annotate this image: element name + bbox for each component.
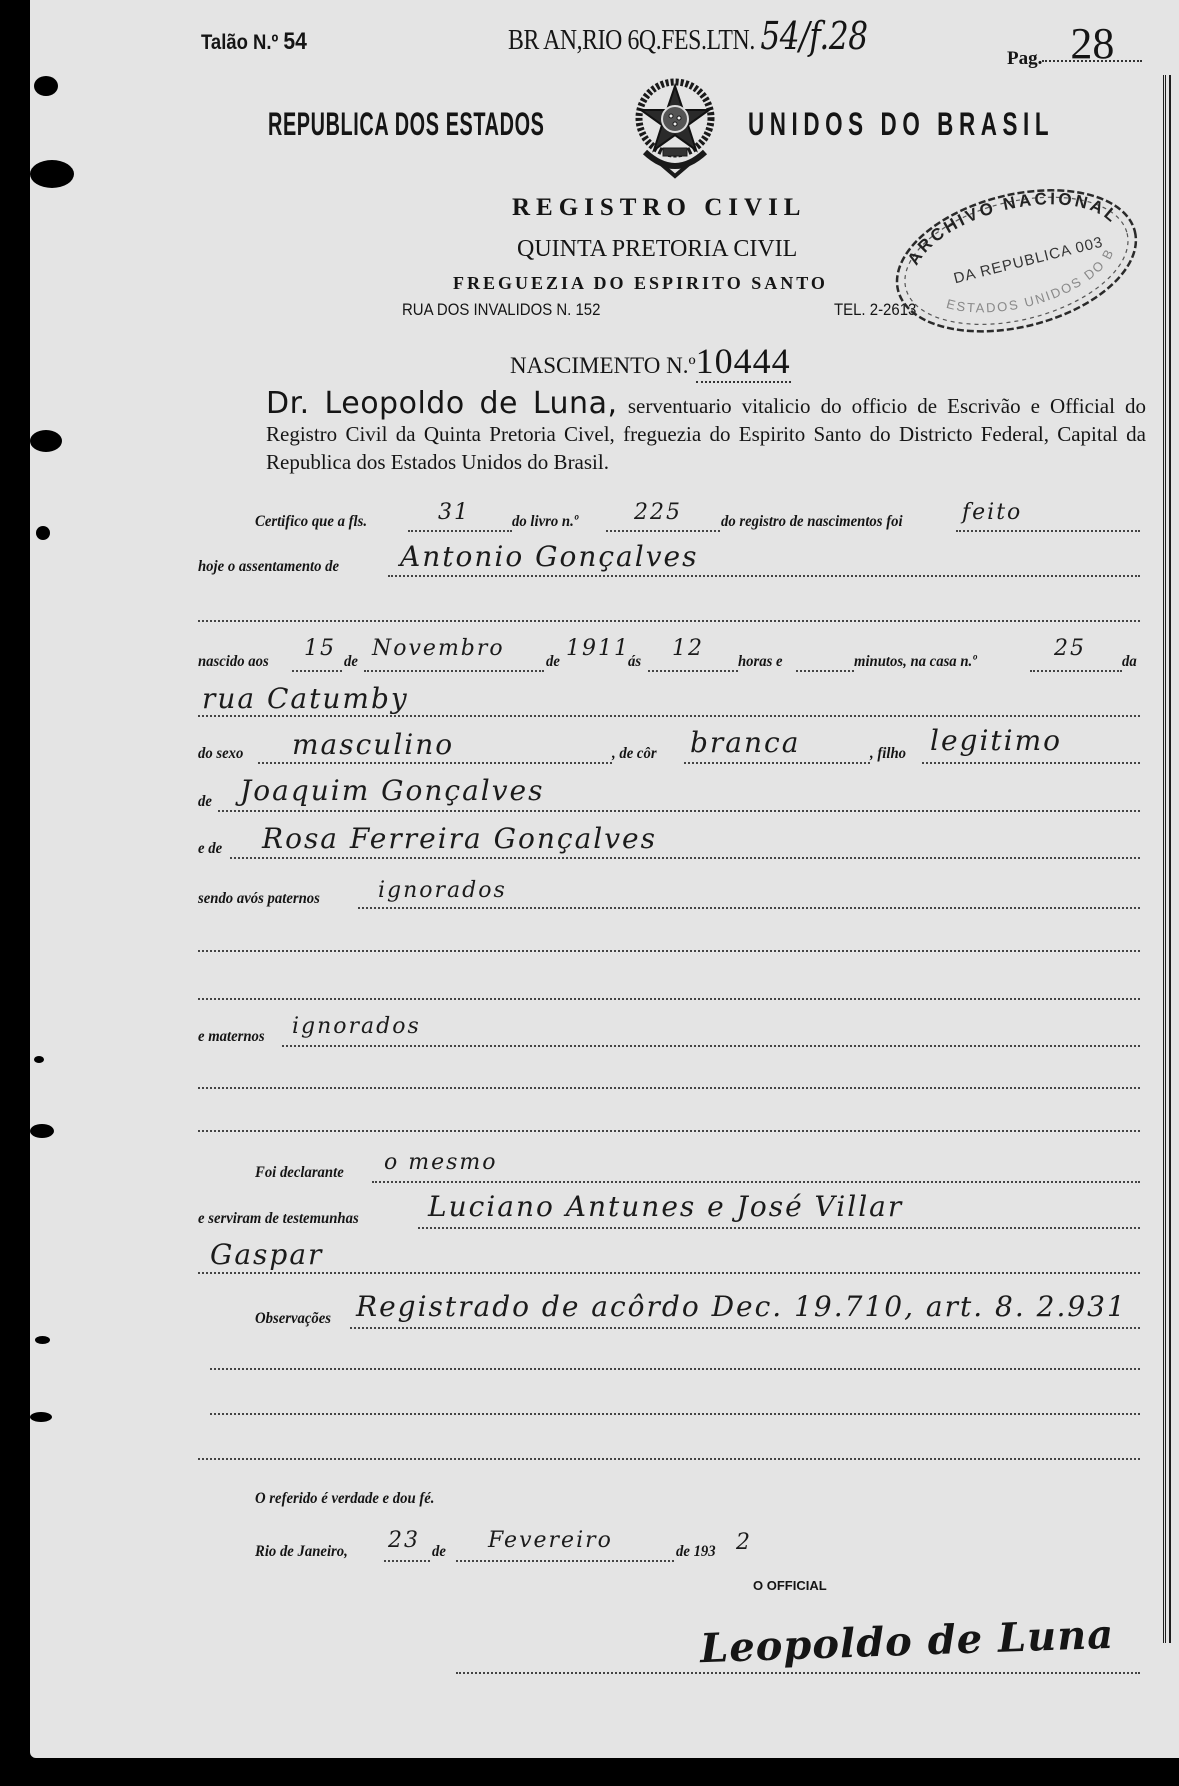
blank-line <box>198 1130 1140 1132</box>
as-label: ás <box>628 653 641 671</box>
assentamento-label: hoje o assentamento de <box>198 558 339 576</box>
year-label: de <box>546 653 560 671</box>
witnesses-field-line <box>418 1227 1140 1229</box>
foi-value: feito <box>962 500 1022 525</box>
issue-day-field-line <box>384 1560 430 1562</box>
cor-label: , de côr <box>612 745 657 763</box>
minutos-label: minutos, na casa n.º <box>854 653 977 671</box>
page-label: Pag. <box>1007 48 1042 69</box>
registry-title: REGISTRO CIVIL <box>512 194 806 222</box>
father-name: Joaquim Gonçalves <box>240 774 544 807</box>
place-label: Rio de Janeiro, <box>255 1543 348 1561</box>
mother-name: Rosa Ferreira Gonçalves <box>262 822 657 855</box>
issue-month: Fevereiro <box>488 1528 613 1553</box>
sex-value: masculino <box>292 728 454 761</box>
blank-line <box>198 998 1140 1000</box>
archive-ref-printed: BR AN,RIO 6Q.FES.LTN. <box>508 24 755 56</box>
registro-label: do registro de nascimentos foi <box>721 513 903 531</box>
page-number: Pag.28 <box>1007 34 1142 70</box>
mother-label: e de <box>198 840 222 858</box>
page-value: 28 <box>1042 28 1142 62</box>
officer-name: Dr. Leopoldo de Luna, <box>266 386 618 421</box>
binder-hole <box>34 1056 44 1063</box>
filiation-field-line <box>922 762 1140 764</box>
minutes-field-line <box>796 670 854 672</box>
declarant-value: o mesmo <box>384 1150 498 1175</box>
paternal-label: sendo avós paternos <box>198 890 320 908</box>
binder-hole <box>30 430 62 452</box>
maternal-value: ignorados <box>292 1014 421 1039</box>
talao-number: Talão N.º 54 <box>201 28 307 56</box>
sex-field-line <box>258 762 612 764</box>
nascido-label: nascido aos <box>198 653 269 671</box>
sexo-label: do sexo <box>198 745 243 763</box>
issue-day: 23 <box>388 1528 420 1553</box>
fls-label: Certifico que a fls. <box>255 513 367 531</box>
horas-label: horas e <box>738 653 783 671</box>
month-field-line <box>364 670 544 672</box>
binder-hole <box>30 160 74 188</box>
talao-value: 54 <box>283 28 306 55</box>
maternal-field-line <box>282 1045 1140 1047</box>
declarant-label: Foi declarante <box>255 1164 344 1182</box>
binder-hole <box>36 526 50 540</box>
registrant-field-line <box>388 575 1140 577</box>
republic-title-left: REPUBLICA DOS ESTADOS <box>268 106 544 143</box>
birth-month: Novembro <box>372 636 505 661</box>
republic-title-right: UNIDOS DO BRASIL <box>748 106 1054 143</box>
official-label: O OFFICIAL <box>753 1578 827 1593</box>
issue-month-field-line <box>456 1560 674 1562</box>
fls-field-line <box>408 530 512 532</box>
blank-line <box>198 1458 1140 1460</box>
binder-hole <box>35 1336 50 1344</box>
birth-year: 1911 <box>566 636 630 661</box>
birth-hour: 12 <box>672 636 704 661</box>
house-number: 25 <box>1054 636 1086 661</box>
office-address: RUA DOS INVALIDOS N. 152 <box>402 300 600 320</box>
binder-hole <box>34 76 58 96</box>
issue-year-digit: 2 <box>736 1530 752 1555</box>
talao-label: Talão N.º <box>201 31 278 54</box>
fls-value: 31 <box>438 500 470 525</box>
father-label: de <box>198 793 212 811</box>
maternal-label: e maternos <box>198 1028 265 1046</box>
filho-label: , filho <box>870 745 906 763</box>
record-number-label: NASCIMENTO N.º <box>510 353 696 378</box>
birth-record-number: NASCIMENTO N.º10444 <box>510 340 791 382</box>
archive-reference: BR AN,RIO 6Q.FES.LTN. 54/f.28 <box>508 14 868 58</box>
filiation-value: legitimo <box>930 724 1062 757</box>
blank-line <box>210 1368 1140 1370</box>
observations-value: Registrado de acôrdo Dec. 19.710, art. 8… <box>356 1290 1127 1323</box>
street-field-line <box>198 715 1140 717</box>
mother-field-line <box>230 857 1140 859</box>
hour-field-line <box>648 670 738 672</box>
blank-line <box>198 1087 1140 1089</box>
father-field-line <box>218 810 1140 812</box>
officer-statement: Dr. Leopoldo de Luna, serventuario vital… <box>266 390 1146 477</box>
street-name: rua Catumby <box>202 682 409 715</box>
livro-field-line <box>606 530 720 532</box>
paternal-value: ignorados <box>378 878 507 903</box>
parish-title: FREGUEZIA DO ESPIRITO SANTO <box>453 273 828 294</box>
declarant-field-line <box>372 1181 1140 1183</box>
paternal-field-line <box>358 907 1140 909</box>
foi-field-line <box>956 530 1140 532</box>
blank-line <box>198 950 1140 952</box>
color-field-line <box>684 762 870 764</box>
attestation-text: O referido é verdade e dou fé. <box>255 1490 434 1508</box>
witnesses-label: e serviram de testemunhas <box>198 1210 359 1228</box>
color-value: branca <box>690 726 800 759</box>
observations-field-line <box>350 1327 1140 1329</box>
livro-value: 225 <box>634 500 682 525</box>
witnesses-value: Luciano Antunes e José Villar <box>428 1190 903 1223</box>
brazil-coat-of-arms-icon <box>625 72 725 180</box>
livro-label: do livro n.º <box>512 513 578 531</box>
pretoria-title: QUINTA PRETORIA CIVIL <box>517 236 797 263</box>
house-field-line <box>1030 670 1122 672</box>
day-field-line <box>292 670 342 672</box>
observations-label: Observações <box>255 1310 331 1328</box>
issue-de-label: de <box>432 1543 446 1561</box>
birth-day: 15 <box>304 636 336 661</box>
archive-ref-handwritten: 54/f.28 <box>760 14 867 58</box>
issue-year-label: de 193 <box>676 1543 716 1561</box>
witnesses-value-2: Gaspar <box>210 1238 323 1271</box>
registrant-name: Antonio Gonçalves <box>400 540 698 573</box>
da-label: da <box>1122 653 1137 671</box>
witnesses-field-line-2 <box>198 1272 1140 1274</box>
blank-line <box>198 620 1140 622</box>
binder-hole <box>30 1124 54 1138</box>
record-number-value: 10444 <box>696 341 791 383</box>
archive-stamp: ARCHIVO NACIONAL DA REPUBLICA 003 ESTADO… <box>880 165 1150 345</box>
signature-line <box>456 1672 1140 1674</box>
blank-line <box>210 1413 1140 1415</box>
page-border <box>1163 75 1171 1643</box>
binder-hole <box>30 1412 52 1422</box>
de-label: de <box>344 653 358 671</box>
